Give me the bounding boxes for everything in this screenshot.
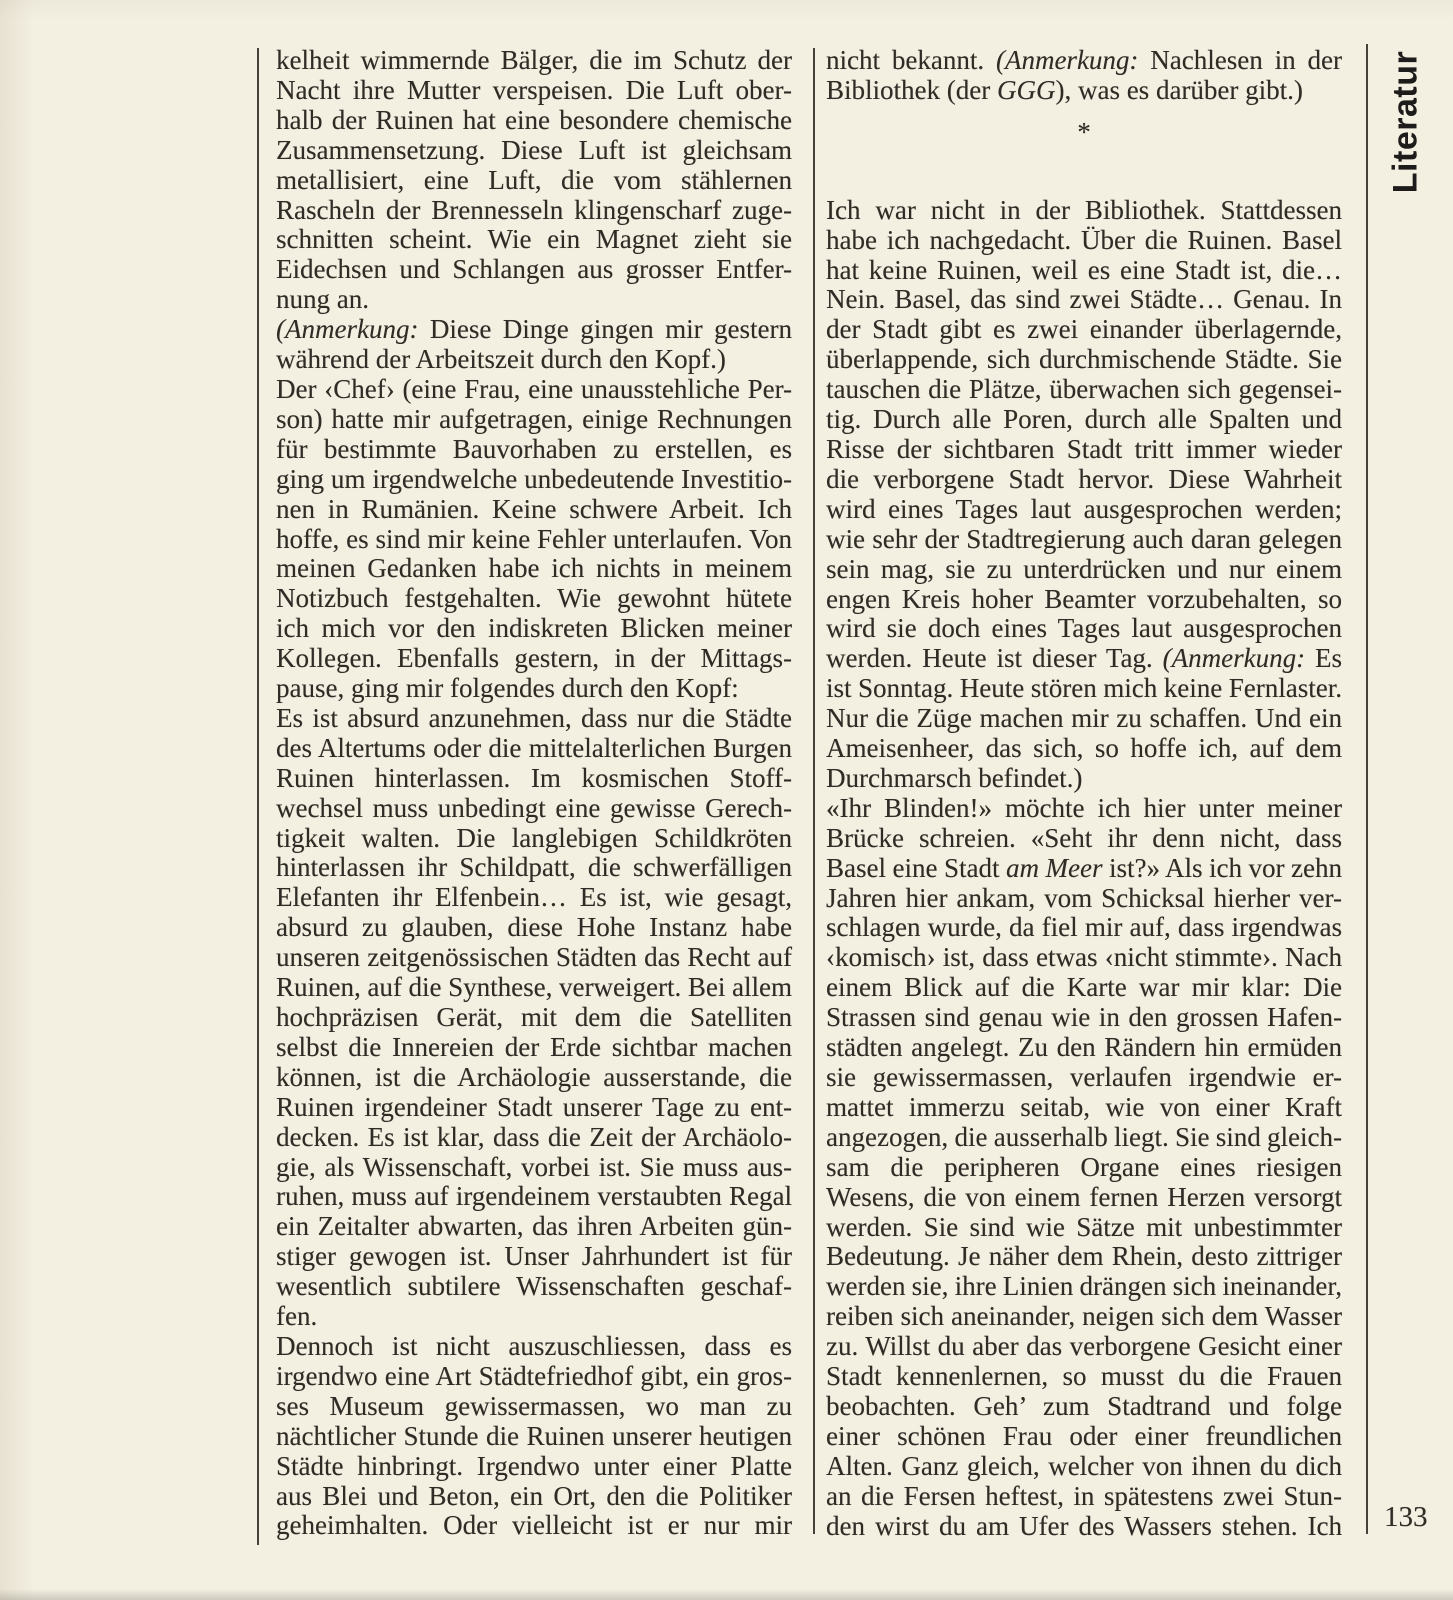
text-line: halb der Ruinen hat eine besondere chemi… bbox=[276, 106, 792, 136]
page-edge-rule bbox=[1366, 44, 1368, 1534]
text-line: den wirst du am Ufer des Wassers stehen.… bbox=[826, 1512, 1342, 1542]
text-line: «Ihr Blinden!» möchte ich hier unter mei… bbox=[826, 794, 1342, 824]
text-line: pause, ging mir folgendes durch den Kopf… bbox=[276, 674, 792, 704]
text-line: nung an. bbox=[276, 285, 792, 315]
text-line: habe ich nachgedacht. Über die Ruinen. B… bbox=[826, 226, 1342, 256]
paragraph: Ich war nicht in der Bibliothek. Stattde… bbox=[826, 196, 1342, 794]
text-line: absurd zu glauben, diese Hohe Instanz ha… bbox=[276, 913, 792, 943]
text-line: Ruinen hinterlassen. Im kosmischen Stoff… bbox=[276, 764, 792, 794]
text-line: Eidechsen und Schlangen aus grosser Entf… bbox=[276, 255, 792, 285]
text-line: einer schönen Frau oder einer freundlich… bbox=[826, 1422, 1342, 1452]
section-label: Literatur bbox=[1387, 51, 1426, 193]
text-line: hat keine Ruinen, weil es eine Stadt ist… bbox=[826, 256, 1342, 286]
text-line: sie gewissermassen, verlaufen irgendwie … bbox=[826, 1063, 1342, 1093]
text-line: wie sehr der Stadtregierung auch daran g… bbox=[826, 525, 1342, 555]
text-line: Nacht ihre Mutter verspeisen. Die Luft o… bbox=[276, 76, 792, 106]
text-line: ‹komisch› ist, dass etwas ‹nicht stimmte… bbox=[826, 943, 1342, 973]
text-line: Bedeutung. Je näher dem Rhein, desto zit… bbox=[826, 1242, 1342, 1272]
text-line: wechsel muss unbedingt eine gewisse Gere… bbox=[276, 794, 792, 824]
page-number: 133 bbox=[1384, 1501, 1428, 1534]
text-line: son) hatte mir aufgetragen, einige Rechn… bbox=[276, 405, 792, 435]
text-line: metallisiert, eine Luft, die vom stähler… bbox=[276, 166, 792, 196]
text-line: können, ist die Archäologie ausserstande… bbox=[276, 1063, 792, 1093]
text-line: des Altertums oder die mittelalterlichen… bbox=[276, 734, 792, 764]
italic-text: GGG bbox=[997, 75, 1056, 105]
text-line: städten angelegt. Zu den Rändern hin erm… bbox=[826, 1033, 1342, 1063]
asterisk-separator: * bbox=[826, 118, 1342, 148]
text-line: nicht bekannt. (Anmerkung: Nachlesen in … bbox=[826, 46, 1342, 76]
italic-text: am Meer bbox=[1006, 853, 1102, 883]
column-rule-middle bbox=[813, 48, 815, 1534]
text-line: aus Blei und Beton, ein Ort, den die Pol… bbox=[276, 1482, 792, 1512]
text-line: hinterlassen ihr Schildpatt, die schwerf… bbox=[276, 853, 792, 883]
text-line: Brücke schreien. «Seht ihr denn nicht, d… bbox=[826, 824, 1342, 854]
text-line: fen. bbox=[276, 1302, 792, 1332]
text-line: sam die peripheren Organe eines riesigen bbox=[826, 1153, 1342, 1183]
text-line: Ich war nicht in der Bibliothek. Stattde… bbox=[826, 196, 1342, 226]
text-line: überlappende, sich durchmischende Städte… bbox=[826, 345, 1342, 375]
text-line: tauschen die Plätze, überwachen sich geg… bbox=[826, 375, 1342, 405]
text-line: der Stadt gibt es zwei einander überlage… bbox=[826, 315, 1342, 345]
text-line: Durchmarsch befindet.) bbox=[826, 764, 1342, 794]
text-line: Der ‹Chef› (eine Frau, eine unausstehlic… bbox=[276, 375, 792, 405]
text-line: Rascheln der Brennesseln klingenscharf z… bbox=[276, 196, 792, 226]
text-line: Notizbuch festgehalten. Wie gewohnt hüte… bbox=[276, 584, 792, 614]
text-column-right: nicht bekannt. (Anmerkung: Nachlesen in … bbox=[826, 46, 1342, 1542]
text-line: zu. Willst du aber das verborgene Gesich… bbox=[826, 1332, 1342, 1362]
text-line: tig. Durch alle Poren, durch alle Spalte… bbox=[826, 405, 1342, 435]
text-line: Ameisenheer, das sich, so hoffe ich, auf… bbox=[826, 734, 1342, 764]
text-line: hoffe, es sind mir keine Fehler unterlau… bbox=[276, 525, 792, 555]
text-line: Nein. Basel, das sind zwei Städte… Genau… bbox=[826, 285, 1342, 315]
text-line: engen Kreis hoher Beamter vorzubehalten,… bbox=[826, 585, 1342, 615]
text-line: Es ist absurd anzunehmen, dass nur die S… bbox=[276, 704, 792, 734]
text-line: Strassen sind genau wie in den grossen H… bbox=[826, 1003, 1342, 1033]
text-line: irgendwo eine Art Städtefriedhof gibt, e… bbox=[276, 1362, 792, 1392]
text-line: nen in Rumänien. Keine schwere Arbeit. I… bbox=[276, 495, 792, 525]
italic-text: (Anmerkung: bbox=[1163, 643, 1305, 673]
text-line: an die Fersen heftest, in spätestens zwe… bbox=[826, 1482, 1342, 1512]
text-line: während der Arbeitszeit durch den Kopf.) bbox=[276, 345, 792, 375]
text-line: Elefanten ihr Elfenbein… Es ist, wie ges… bbox=[276, 883, 792, 913]
paragraph: Der ‹Chef› (eine Frau, eine unausstehlic… bbox=[276, 375, 792, 704]
text-line: Jahren hier ankam, vom Schicksal hierher… bbox=[826, 884, 1342, 914]
text-line: Ruinen, auf die Synthese, verweigert. Be… bbox=[276, 973, 792, 1003]
text-line: die verborgene Stadt hervor. Diese Wahrh… bbox=[826, 465, 1342, 495]
text-line: wird sie doch eines Tages laut ausgespro… bbox=[826, 614, 1342, 644]
paragraph: «Ihr Blinden!» möchte ich hier unter mei… bbox=[826, 794, 1342, 1542]
text-line: schnitten scheint. Wie ein Magnet zieht … bbox=[276, 225, 792, 255]
text-line: beobachten. Geh’ zum Stadtrand und folge bbox=[826, 1392, 1342, 1422]
text-line: Bibliothek (der GGG), was es darüber gib… bbox=[826, 76, 1342, 106]
text-line: Kollegen. Ebenfalls gestern, in der Mitt… bbox=[276, 644, 792, 674]
text-line: sein mag, sie zu unterdrücken und nur ei… bbox=[826, 555, 1342, 585]
text-line: ging um irgendwelche unbedeutende Invest… bbox=[276, 465, 792, 495]
text-line: (Anmerkung: Diese Dinge gingen mir geste… bbox=[276, 315, 792, 345]
italic-text: (Anmerkung: bbox=[996, 45, 1138, 75]
text-line: werden. Heute ist dieser Tag. (Anmerkung… bbox=[826, 644, 1342, 674]
text-line: Städte hinbringt. Irgendwo unter einer P… bbox=[276, 1452, 792, 1482]
italic-text: (Anmerkung: bbox=[276, 314, 418, 344]
paragraph: (Anmerkung: Diese Dinge gingen mir geste… bbox=[276, 315, 792, 375]
text-line: Wesens, die von einem fernen Herzen vers… bbox=[826, 1183, 1342, 1213]
text-line: gie, als Wissenschaft, vorbei ist. Sie m… bbox=[276, 1153, 792, 1183]
text-line: Stadt kennenlernen, so musst du die Frau… bbox=[826, 1362, 1342, 1392]
text-line: werden. Sie sind wie Sätze mit unbestimm… bbox=[826, 1213, 1342, 1243]
text-line: wesentlich subtilere Wissenschaften gesc… bbox=[276, 1272, 792, 1302]
column-rule-left bbox=[257, 48, 259, 1545]
text-line: ses Museum gewissermassen, wo man zu bbox=[276, 1392, 792, 1422]
text-line: ein Zeitalter abwarten, das ihren Arbeit… bbox=[276, 1212, 792, 1242]
text-line: schlagen wurde, da fiel mir auf, dass ir… bbox=[826, 913, 1342, 943]
book-page: kelheit wimmernde Bälger, die im Schutz … bbox=[0, 0, 1453, 1600]
text-line: selbst die Innereien der Erde sichtbar m… bbox=[276, 1033, 792, 1063]
text-line: einem Blick auf die Karte war mir klar: … bbox=[826, 973, 1342, 1003]
text-line: wird eines Tages laut ausgesprochen werd… bbox=[826, 495, 1342, 525]
text-line: Risse der sichtbaren Stadt tritt immer w… bbox=[826, 435, 1342, 465]
text-line: tigkeit walten. Die langlebigen Schildkr… bbox=[276, 824, 792, 854]
paragraph: Dennoch ist nicht auszuschliessen, dass … bbox=[276, 1332, 792, 1541]
text-line: Alten. Ganz gleich, welcher von ihnen du… bbox=[826, 1452, 1342, 1482]
text-line: hochpräzisen Gerät, mit dem die Satellit… bbox=[276, 1003, 792, 1033]
text-line: Ruinen irgendeiner Stadt unserer Tage zu… bbox=[276, 1093, 792, 1123]
text-line: unseren zeitgenössischen Städten das Rec… bbox=[276, 943, 792, 973]
text-line: geheimhalten. Oder vielleicht ist er nur… bbox=[276, 1511, 792, 1541]
text-line: Basel eine Stadt am Meer ist?» Als ich v… bbox=[826, 854, 1342, 884]
text-line: ist Sonntag. Heute stören mich keine Fer… bbox=[826, 674, 1342, 704]
text-line: ich mich vor den indiskreten Blicken mei… bbox=[276, 614, 792, 644]
text-line: nächtlicher Stunde die Ruinen unserer he… bbox=[276, 1422, 792, 1452]
text-line: Zusammensetzung. Diese Luft ist gleichsa… bbox=[276, 136, 792, 166]
text-line: Dennoch ist nicht auszuschliessen, dass … bbox=[276, 1332, 792, 1362]
text-line: kelheit wimmernde Bälger, die im Schutz … bbox=[276, 46, 792, 76]
text-line: Nur die Züge machen mir zu schaffen. Und… bbox=[826, 704, 1342, 734]
text-line: für bestimmte Bauvorhaben zu erstellen, … bbox=[276, 435, 792, 465]
paragraph: Es ist absurd anzunehmen, dass nur die S… bbox=[276, 704, 792, 1332]
text-line: mattet immerzu seitab, wie von einer Kra… bbox=[826, 1093, 1342, 1123]
text-line: angezogen, die ausserhalb liegt. Sie sin… bbox=[826, 1123, 1342, 1153]
text-line: werden sie, ihre Linien drängen sich ine… bbox=[826, 1272, 1342, 1302]
paragraph: kelheit wimmernde Bälger, die im Schutz … bbox=[276, 46, 792, 315]
text-column-left: kelheit wimmernde Bälger, die im Schutz … bbox=[276, 46, 792, 1541]
text-line: stiger gewogen ist. Unser Jahrhundert is… bbox=[276, 1242, 792, 1272]
text-line: ruhen, muss auf irgendeinem verstaubten … bbox=[276, 1182, 792, 1212]
text-line: reiben sich aneinander, neigen sich dem … bbox=[826, 1302, 1342, 1332]
paragraph: nicht bekannt. (Anmerkung: Nachlesen in … bbox=[826, 46, 1342, 106]
text-line: decken. Es ist klar, dass die Zeit der A… bbox=[276, 1123, 792, 1153]
text-line: meinen Gedanken habe ich nichts in meine… bbox=[276, 554, 792, 584]
